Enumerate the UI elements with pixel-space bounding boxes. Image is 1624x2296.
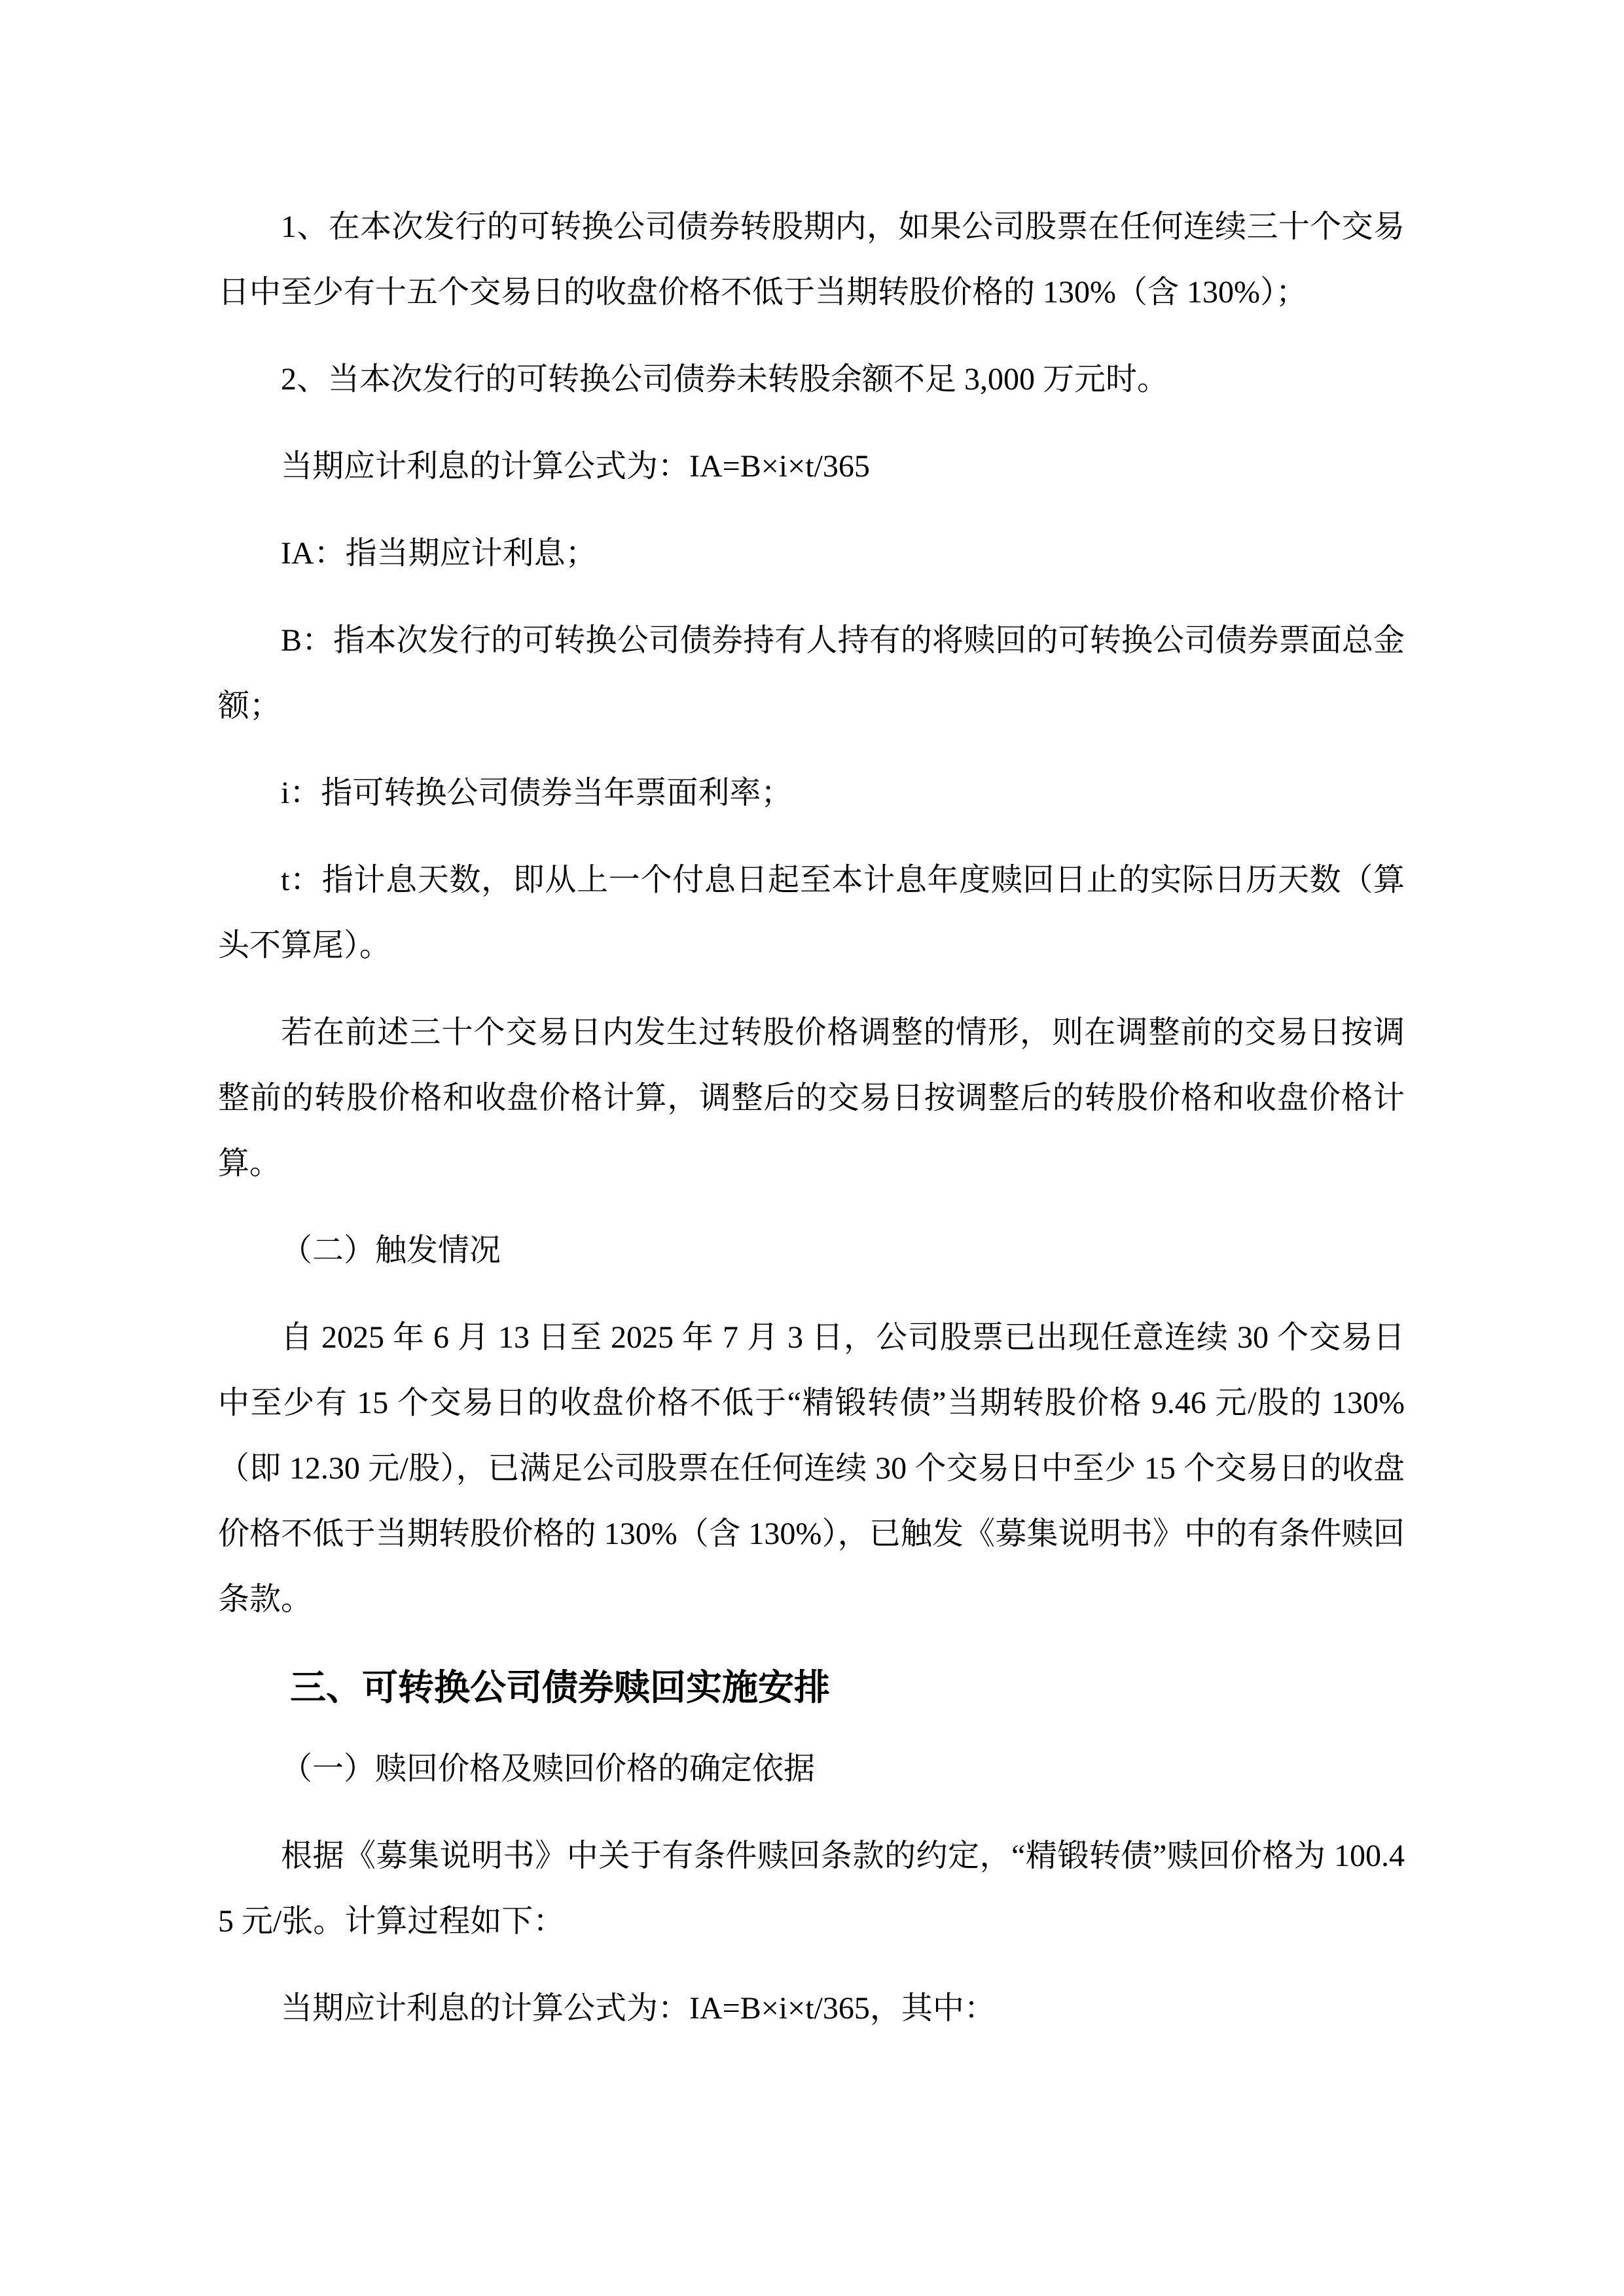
- paragraph-term-ia: IA：指当期应计利息；: [218, 521, 1405, 586]
- paragraph-term-t: t：指计息天数，即从上一个付息日起至本计息年度赎回日止的实际日历天数（算头不算尾…: [218, 848, 1405, 978]
- subheading-trigger-situation: （二）触发情况: [218, 1218, 1405, 1283]
- paragraph-term-i: i：指可转换公司债券当年票面利率；: [218, 761, 1405, 826]
- paragraph-term-b: B：指本次发行的可转换公司债券持有人持有的将赎回的可转换公司债券票面总金额；: [218, 608, 1405, 739]
- paragraph-interest-formula-2: 当期应计利息的计算公式为：IA=B×i×t/365，其中：: [218, 1976, 1405, 2041]
- paragraph-condition-1: 1、在本次发行的可转换公司债券转股期内，如果公司股票在任何连续三十个交易日中至少…: [218, 194, 1405, 325]
- subheading-redemption-price-basis: （一）赎回价格及赎回价格的确定依据: [218, 1736, 1405, 1802]
- section-heading-redemption-arrangement: 三、可转换公司债券赎回实施安排: [218, 1654, 1405, 1722]
- paragraph-price-adjustment: 若在前述三十个交易日内发生过转股价格调整的情形，则在调整前的交易日按调整前的转股…: [218, 1000, 1405, 1196]
- document-page: 1、在本次发行的可转换公司债券转股期内，如果公司股票在任何连续三十个交易日中至少…: [0, 0, 1624, 2296]
- paragraph-trigger-detail: 自 2025 年 6 月 13 日至 2025 年 7 月 3 日，公司股票已出…: [218, 1305, 1405, 1632]
- paragraph-condition-2: 2、当本次发行的可转换公司债券未转股余额不足 3,000 万元时。: [218, 347, 1405, 412]
- paragraph-interest-formula: 当期应计利息的计算公式为：IA=B×i×t/365: [218, 434, 1405, 499]
- paragraph-redemption-price: 根据《募集说明书》中关于有条件赎回条款的约定，“精锻转债”赎回价格为 100.4…: [218, 1823, 1405, 1954]
